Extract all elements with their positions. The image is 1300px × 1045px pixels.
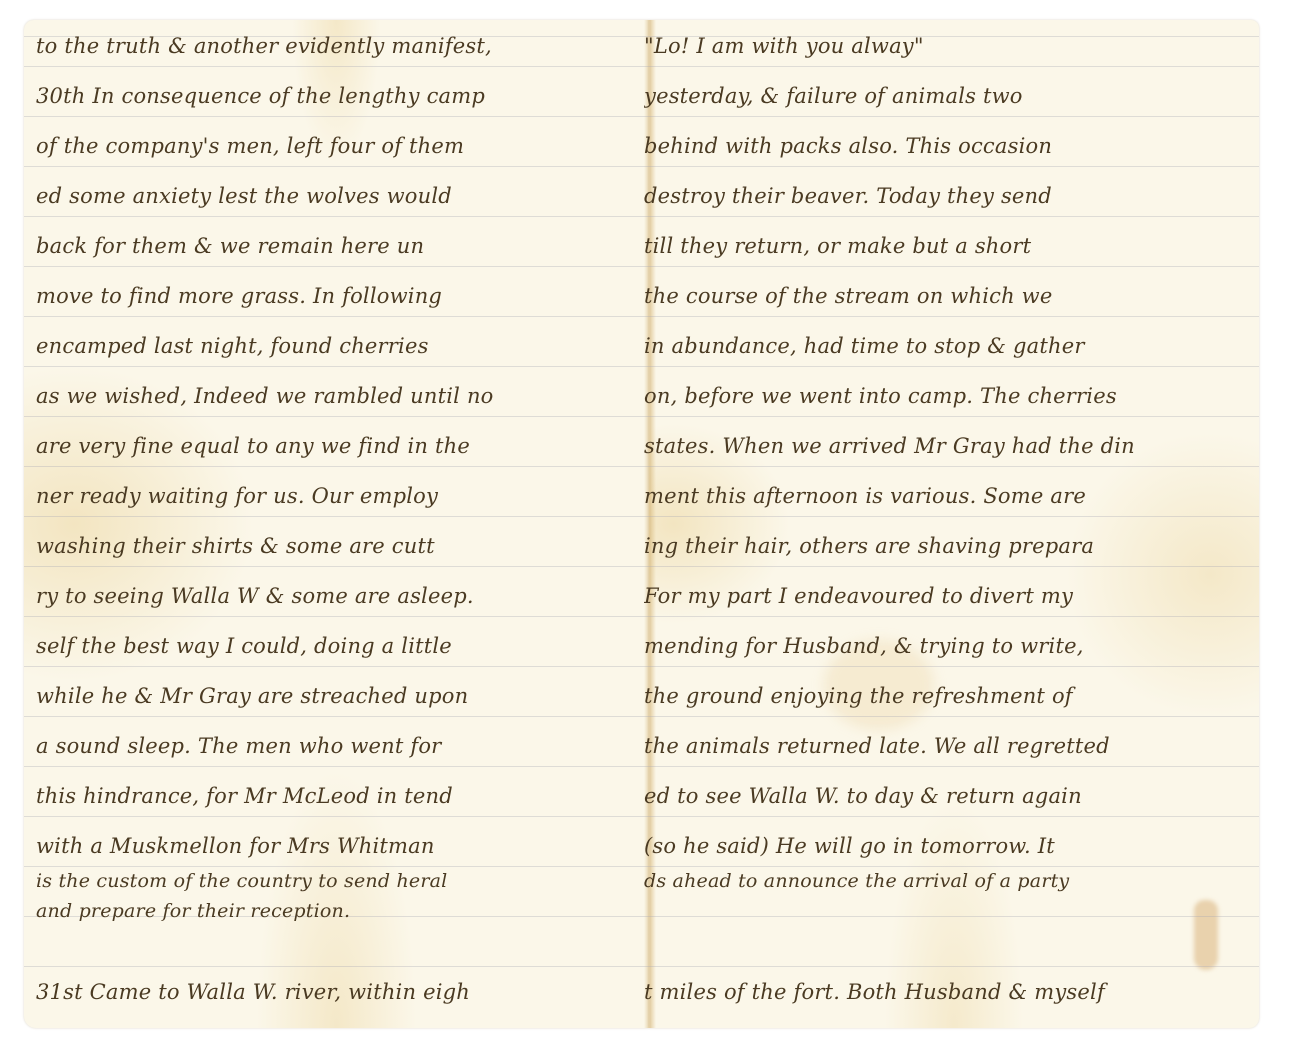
left-half: to the truth & another evidently manifes… [36,34,644,58]
left-half: ner ready waiting for us. Our employ [36,484,644,508]
line-text: In consequence of the lengthy camp [92,84,485,108]
left-half: 30th In consequence of the lengthy camp [36,84,644,108]
ruled-line [24,116,1259,117]
text-line: ry to seeing Walla W & some are asleep.F… [36,584,1244,608]
right-half: "Lo! I am with you alway" [644,34,1244,58]
ruled-line [24,766,1259,767]
left-half: move to find more grass. In following [36,284,644,308]
right-half: (so he said) He will go in tomorrow. It [644,834,1244,858]
right-half: mending for Husband, & trying to write, [644,634,1244,658]
right-half: ing their hair, others are shaving prepa… [644,534,1244,558]
text-line: ed some anxiety lest the wolves woulddes… [36,184,1244,208]
ruled-line [24,466,1259,467]
left-half: encamped last night, found cherries [36,334,644,358]
ruled-line [24,66,1259,67]
right-half: destroy their beaver. Today they send [644,184,1244,208]
left-half: washing their shirts & some are cutt [36,534,644,558]
text-line: a sound sleep. The men who went forthe a… [36,734,1244,758]
text-line: ner ready waiting for us. Our employment… [36,484,1244,508]
right-half: ment this afternoon is various. Some are [644,484,1244,508]
text-line: this hindrance, for Mr McLeod in tended … [36,784,1244,808]
text-line: move to find more grass. In followingthe… [36,284,1244,308]
text-line: to the truth & another evidently manifes… [36,34,1244,58]
left-half: back for them & we remain here un [36,234,644,258]
ruled-line [24,966,1259,967]
text-line: with a Muskmellon for Mrs Whitman(so he … [36,834,1244,858]
text-line: washing their shirts & some are cutting … [36,534,1244,558]
right-half: states. When we arrived Mr Gray had the … [644,434,1244,458]
ruled-line [24,716,1259,717]
left-half: of the company's men, left four of them [36,134,644,158]
text-line: self the best way I could, doing a littl… [36,634,1244,658]
right-half: till they return, or make but a short [644,234,1244,258]
left-half: this hindrance, for Mr McLeod in tend [36,784,644,808]
text-line: is the custom of the country to send her… [36,870,1244,892]
text-line: 30th In consequence of the lengthy campy… [36,84,1244,108]
entry-date: 30th [36,84,86,108]
ruled-line [24,616,1259,617]
left-half: while he & Mr Gray are streached upon [36,684,644,708]
text-line: of the company's men, left four of themb… [36,134,1244,158]
right-half: ds ahead to announce the arrival of a pa… [644,870,1244,892]
left-half: ry to seeing Walla W & some are asleep. [36,584,644,608]
ruled-line [24,866,1259,867]
text-line: 31st Came to Walla W. river, within eigh… [36,980,1244,1004]
right-half: the animals returned late. We all regret… [644,734,1244,758]
left-half: and prepare for their reception. [36,900,644,922]
ruled-line [24,316,1259,317]
left-half: self the best way I could, doing a littl… [36,634,644,658]
entry-date: 31st [36,980,83,1004]
text-line: as we wished, Indeed we rambled until no… [36,384,1244,408]
left-half: as we wished, Indeed we rambled until no [36,384,644,408]
right-half: in abundance, had time to stop & gather [644,334,1244,358]
right-half: the course of the stream on which we [644,284,1244,308]
ruled-line [24,166,1259,167]
right-half: t miles of the fort. Both Husband & myse… [644,980,1244,1004]
left-half: 31st Came to Walla W. river, within eigh [36,980,644,1004]
line-text: Came to Walla W. river, within eigh [90,980,470,1004]
ruled-line [24,816,1259,817]
ruled-line [24,266,1259,267]
right-half: behind with packs also. This occasion [644,134,1244,158]
diary-spread: to the truth & another evidently manifes… [24,20,1270,1028]
ruled-line [24,566,1259,567]
ruled-line [24,216,1259,217]
text-line: while he & Mr Gray are streached uponthe… [36,684,1244,708]
left-half: with a Muskmellon for Mrs Whitman [36,834,644,858]
right-half: the ground enjoying the refreshment of [644,684,1244,708]
ruled-line [24,416,1259,417]
left-half: ed some anxiety lest the wolves would [36,184,644,208]
left-half: is the custom of the country to send her… [36,870,644,892]
ruled-line [24,366,1259,367]
right-half: ed to see Walla W. to day & return again [644,784,1244,808]
text-line: encamped last night, found cherriesin ab… [36,334,1244,358]
ruled-line [24,666,1259,667]
ruled-line [24,516,1259,517]
left-half: are very fine equal to any we find in th… [36,434,644,458]
right-half: For my part I endeavoured to divert my [644,584,1244,608]
left-half: a sound sleep. The men who went for [36,734,644,758]
text-line: and prepare for their reception. [36,900,1244,922]
right-half: on, before we went into camp. The cherri… [644,384,1244,408]
text-line: back for them & we remain here untill th… [36,234,1244,258]
right-half: yesterday, & failure of animals two [644,84,1244,108]
text-line: are very fine equal to any we find in th… [36,434,1244,458]
